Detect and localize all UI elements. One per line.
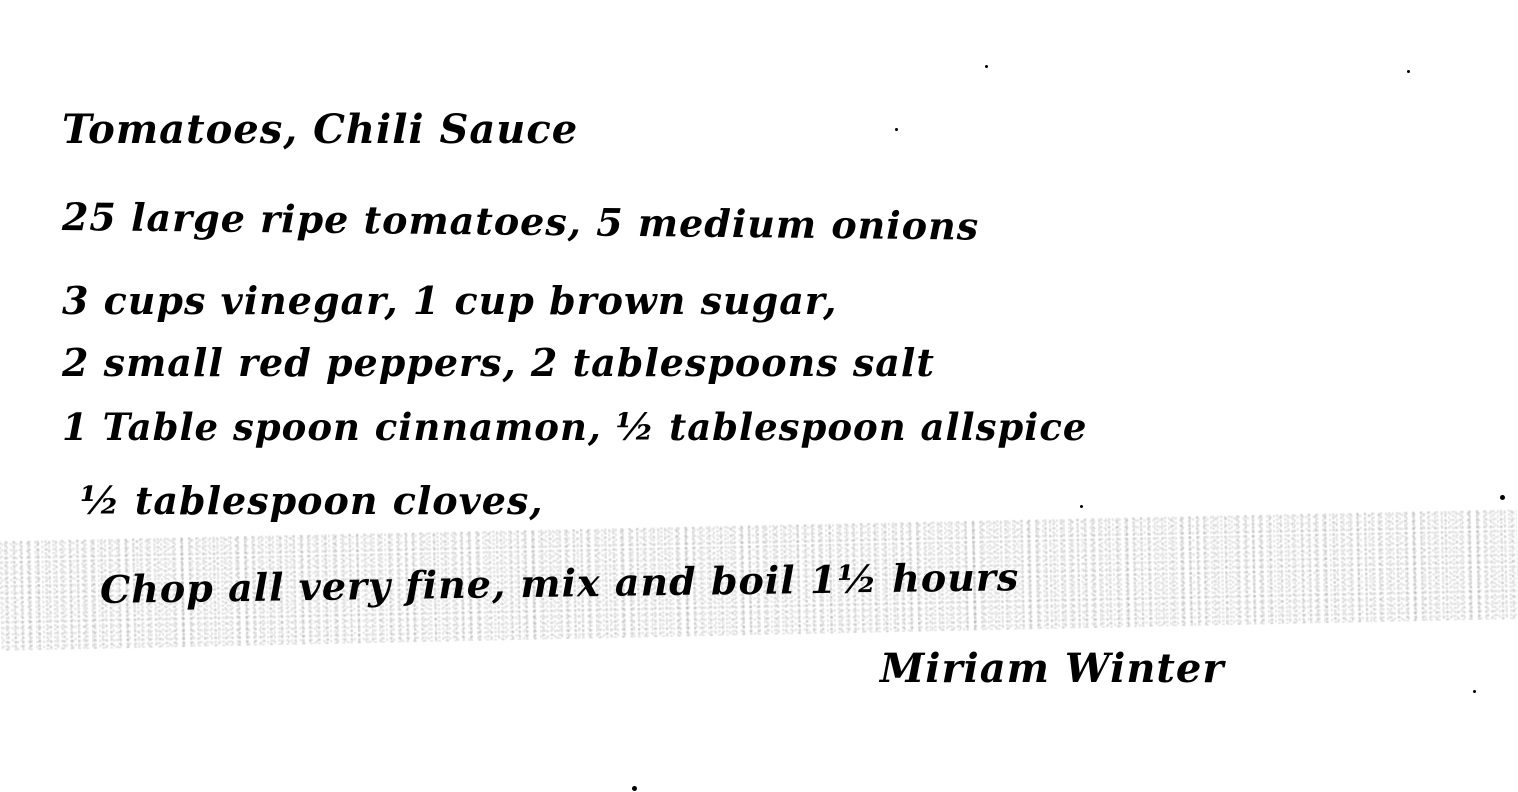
ingredient-line-2: 3 cups vinegar, 1 cup brown sugar, (62, 278, 837, 323)
ink-speck (1080, 505, 1083, 508)
recipe-page: Tomatoes, Chili Sauce 25 large ripe toma… (0, 0, 1518, 792)
author-signature: Miriam Winter (880, 645, 1224, 692)
ink-speck (895, 128, 898, 131)
ink-speck (1473, 690, 1476, 693)
recipe-title: Tomatoes, Chili Sauce (62, 106, 578, 153)
ingredient-line-1: 25 large ripe tomatoes, 5 medium onions (62, 194, 980, 249)
ingredient-line-4: 1 Table spoon cinnamon, ½ tablespoon all… (62, 405, 1087, 449)
ink-speck (632, 786, 637, 791)
ingredient-line-5: ½ tablespoon cloves, (80, 478, 544, 523)
ink-speck (985, 65, 988, 68)
ink-speck (1500, 495, 1505, 500)
ink-speck (1407, 70, 1410, 73)
ingredient-line-3: 2 small red peppers, 2 tablespoons salt (62, 340, 935, 385)
